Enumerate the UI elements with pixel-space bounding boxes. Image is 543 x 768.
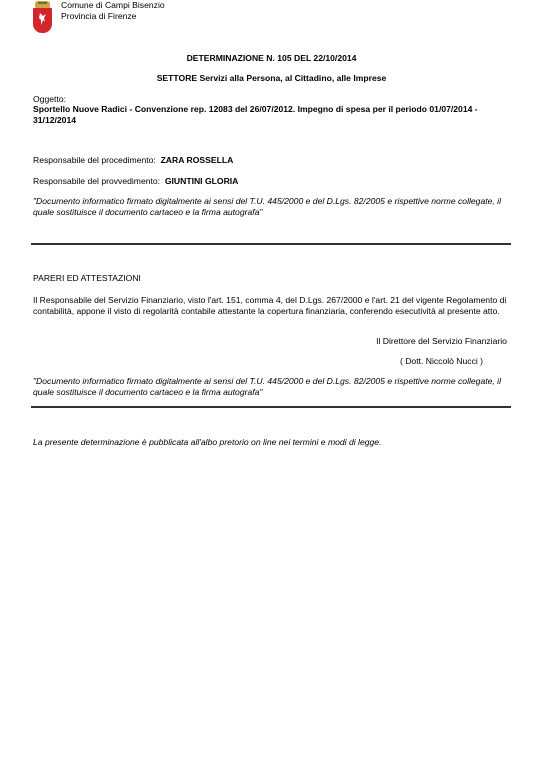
section-divider [31, 243, 511, 245]
document-title: DETERMINAZIONE N. 105 DEL 22/10/2014 [0, 53, 543, 63]
opinions-body: Il Responsabile del Servizio Finanziario… [33, 295, 513, 316]
sector-value: Servizi alla Persona, al Cittadino, alle… [200, 73, 387, 83]
responsible-procedure-label: Responsabile del procedimento: [33, 155, 156, 165]
sector-line: SETTORE Servizi alla Persona, al Cittadi… [0, 73, 543, 83]
responsible-measure-label: Responsabile del provvedimento: [33, 176, 160, 186]
responsible-measure-name: GIUNTINI GLORIA [165, 176, 239, 186]
coat-of-arms-logo [33, 1, 52, 34]
signer-name: ( Dott. Niccolò Nucci ) [340, 356, 543, 366]
subject-text: Sportello Nuove Radici - Convenzione rep… [33, 104, 511, 125]
figure-icon [38, 12, 47, 27]
opinions-signature-note: "Documento informatico firmato digitalme… [33, 376, 513, 397]
subject-label: Oggetto: [33, 94, 66, 104]
publication-note: La presente determinazione è pubblicata … [33, 437, 381, 447]
municipality-name: Comune di Campi Bisenzio [61, 0, 165, 11]
responsible-procedure: Responsabile del procedimento: ZARA ROSS… [33, 155, 233, 165]
opinions-heading: PARERI ED ATTESTAZIONI [33, 273, 141, 283]
signer-role: Il Direttore del Servizio Finanziario [340, 336, 543, 346]
sector-label: SETTORE [157, 73, 197, 83]
province-name: Provincia di Firenze [61, 11, 165, 22]
digital-signature-note: "Documento informatico firmato digitalme… [33, 196, 513, 217]
shield-icon [33, 8, 52, 33]
section-divider-2 [31, 406, 511, 408]
municipality-header: Comune di Campi Bisenzio Provincia di Fi… [61, 0, 165, 22]
responsible-measure: Responsabile del provvedimento: GIUNTINI… [33, 176, 238, 186]
responsible-procedure-name: ZARA ROSSELLA [161, 155, 234, 165]
crown-icon [35, 1, 50, 8]
